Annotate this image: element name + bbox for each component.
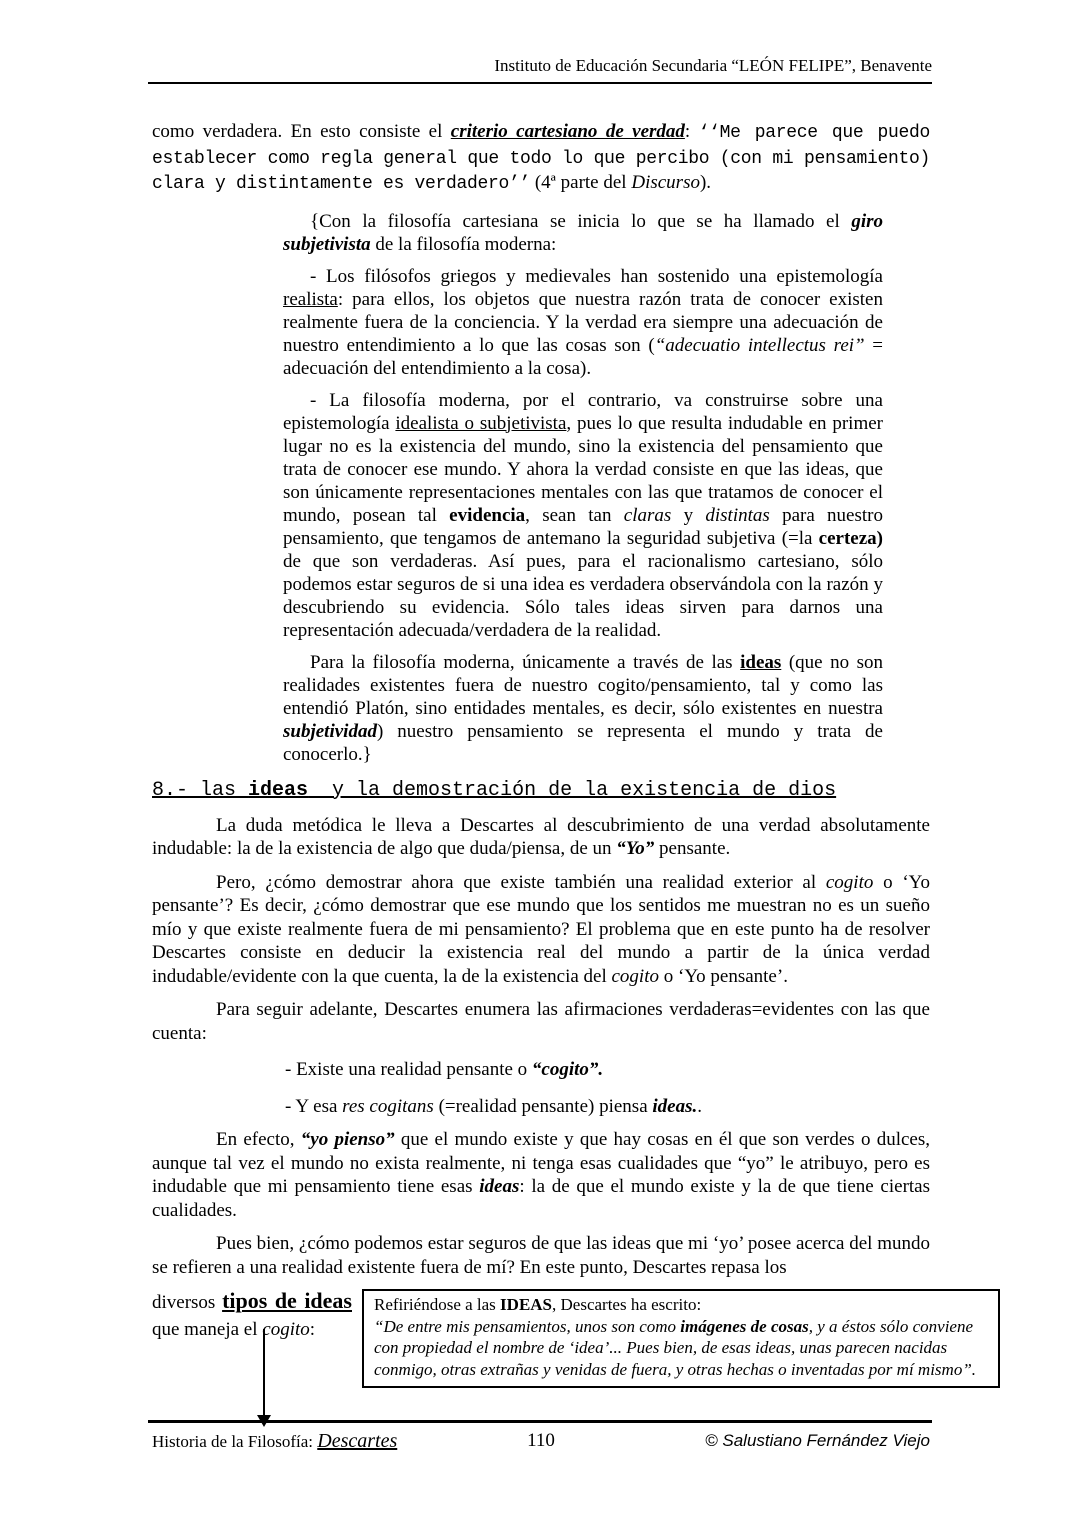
- paragraph-duda-metodica: La duda metódica le lleva a Descartes al…: [152, 814, 930, 861]
- block-bullet-idealista: - La filosofía moderna, por el contrario…: [283, 389, 883, 642]
- types-of-ideas-label: diversos tipos de ideas que maneja el co…: [152, 1287, 352, 1343]
- paragraph-criterio-verdad: como verdadera. En esto consiste el crit…: [152, 120, 930, 197]
- block-intro: {Con la filosofía cartesiana se inicia l…: [283, 210, 883, 256]
- document-page: Instituto de Educación Secundaria “LEÓN …: [0, 0, 1080, 1528]
- descartes-ideas-quote-box: Refiriéndose a las IDEAS, Descartes ha e…: [362, 1289, 1000, 1388]
- types-of-ideas-section: diversos tipos de ideas que maneja el co…: [152, 1287, 1002, 1388]
- paragraph-en-efecto: En efecto, “yo pienso” que el mundo exis…: [152, 1128, 930, 1222]
- quote-box-quote: “De entre mis pensamientos, unos son com…: [374, 1316, 988, 1381]
- page-header: Instituto de Educación Secundaria “LEÓN …: [148, 56, 932, 84]
- footer-rule: [148, 1420, 932, 1423]
- main-text-column: como verdadera. En esto consiste el crit…: [152, 120, 930, 1388]
- quote-box-intro: Refiriéndose a las IDEAS, Descartes ha e…: [374, 1294, 988, 1316]
- footer-copyright: © Salustiano Fernández Viejo: [705, 1429, 930, 1453]
- paragraph-para-seguir: Para seguir adelante, Descartes enumera …: [152, 998, 930, 1045]
- subjectivist-turn-block: {Con la filosofía cartesiana se inicia l…: [283, 210, 883, 766]
- section-heading-8: 8.- las ideas y la demostración de la ex…: [152, 778, 930, 804]
- paragraph-pues-bien: Pues bien, ¿cómo podemos estar seguros d…: [152, 1232, 930, 1279]
- block-paragraph-ideas: Para la filosofía moderna, únicamente a …: [283, 651, 883, 766]
- bullet-existe-cogito: - Existe una realidad pensante o “cogito…: [285, 1058, 930, 1082]
- header-institution: Instituto de Educación Secundaria “LEÓN …: [494, 56, 932, 75]
- paragraph-pero-como-demostrar: Pero, ¿cómo demostrar ahora que existe t…: [152, 871, 930, 989]
- bullet-res-cogitans: - Y esa res cogitans (=realidad pensante…: [285, 1095, 930, 1119]
- down-arrow-icon: [263, 1329, 265, 1417]
- block-bullet-realista: - Los filósofos griegos y medievales han…: [283, 265, 883, 380]
